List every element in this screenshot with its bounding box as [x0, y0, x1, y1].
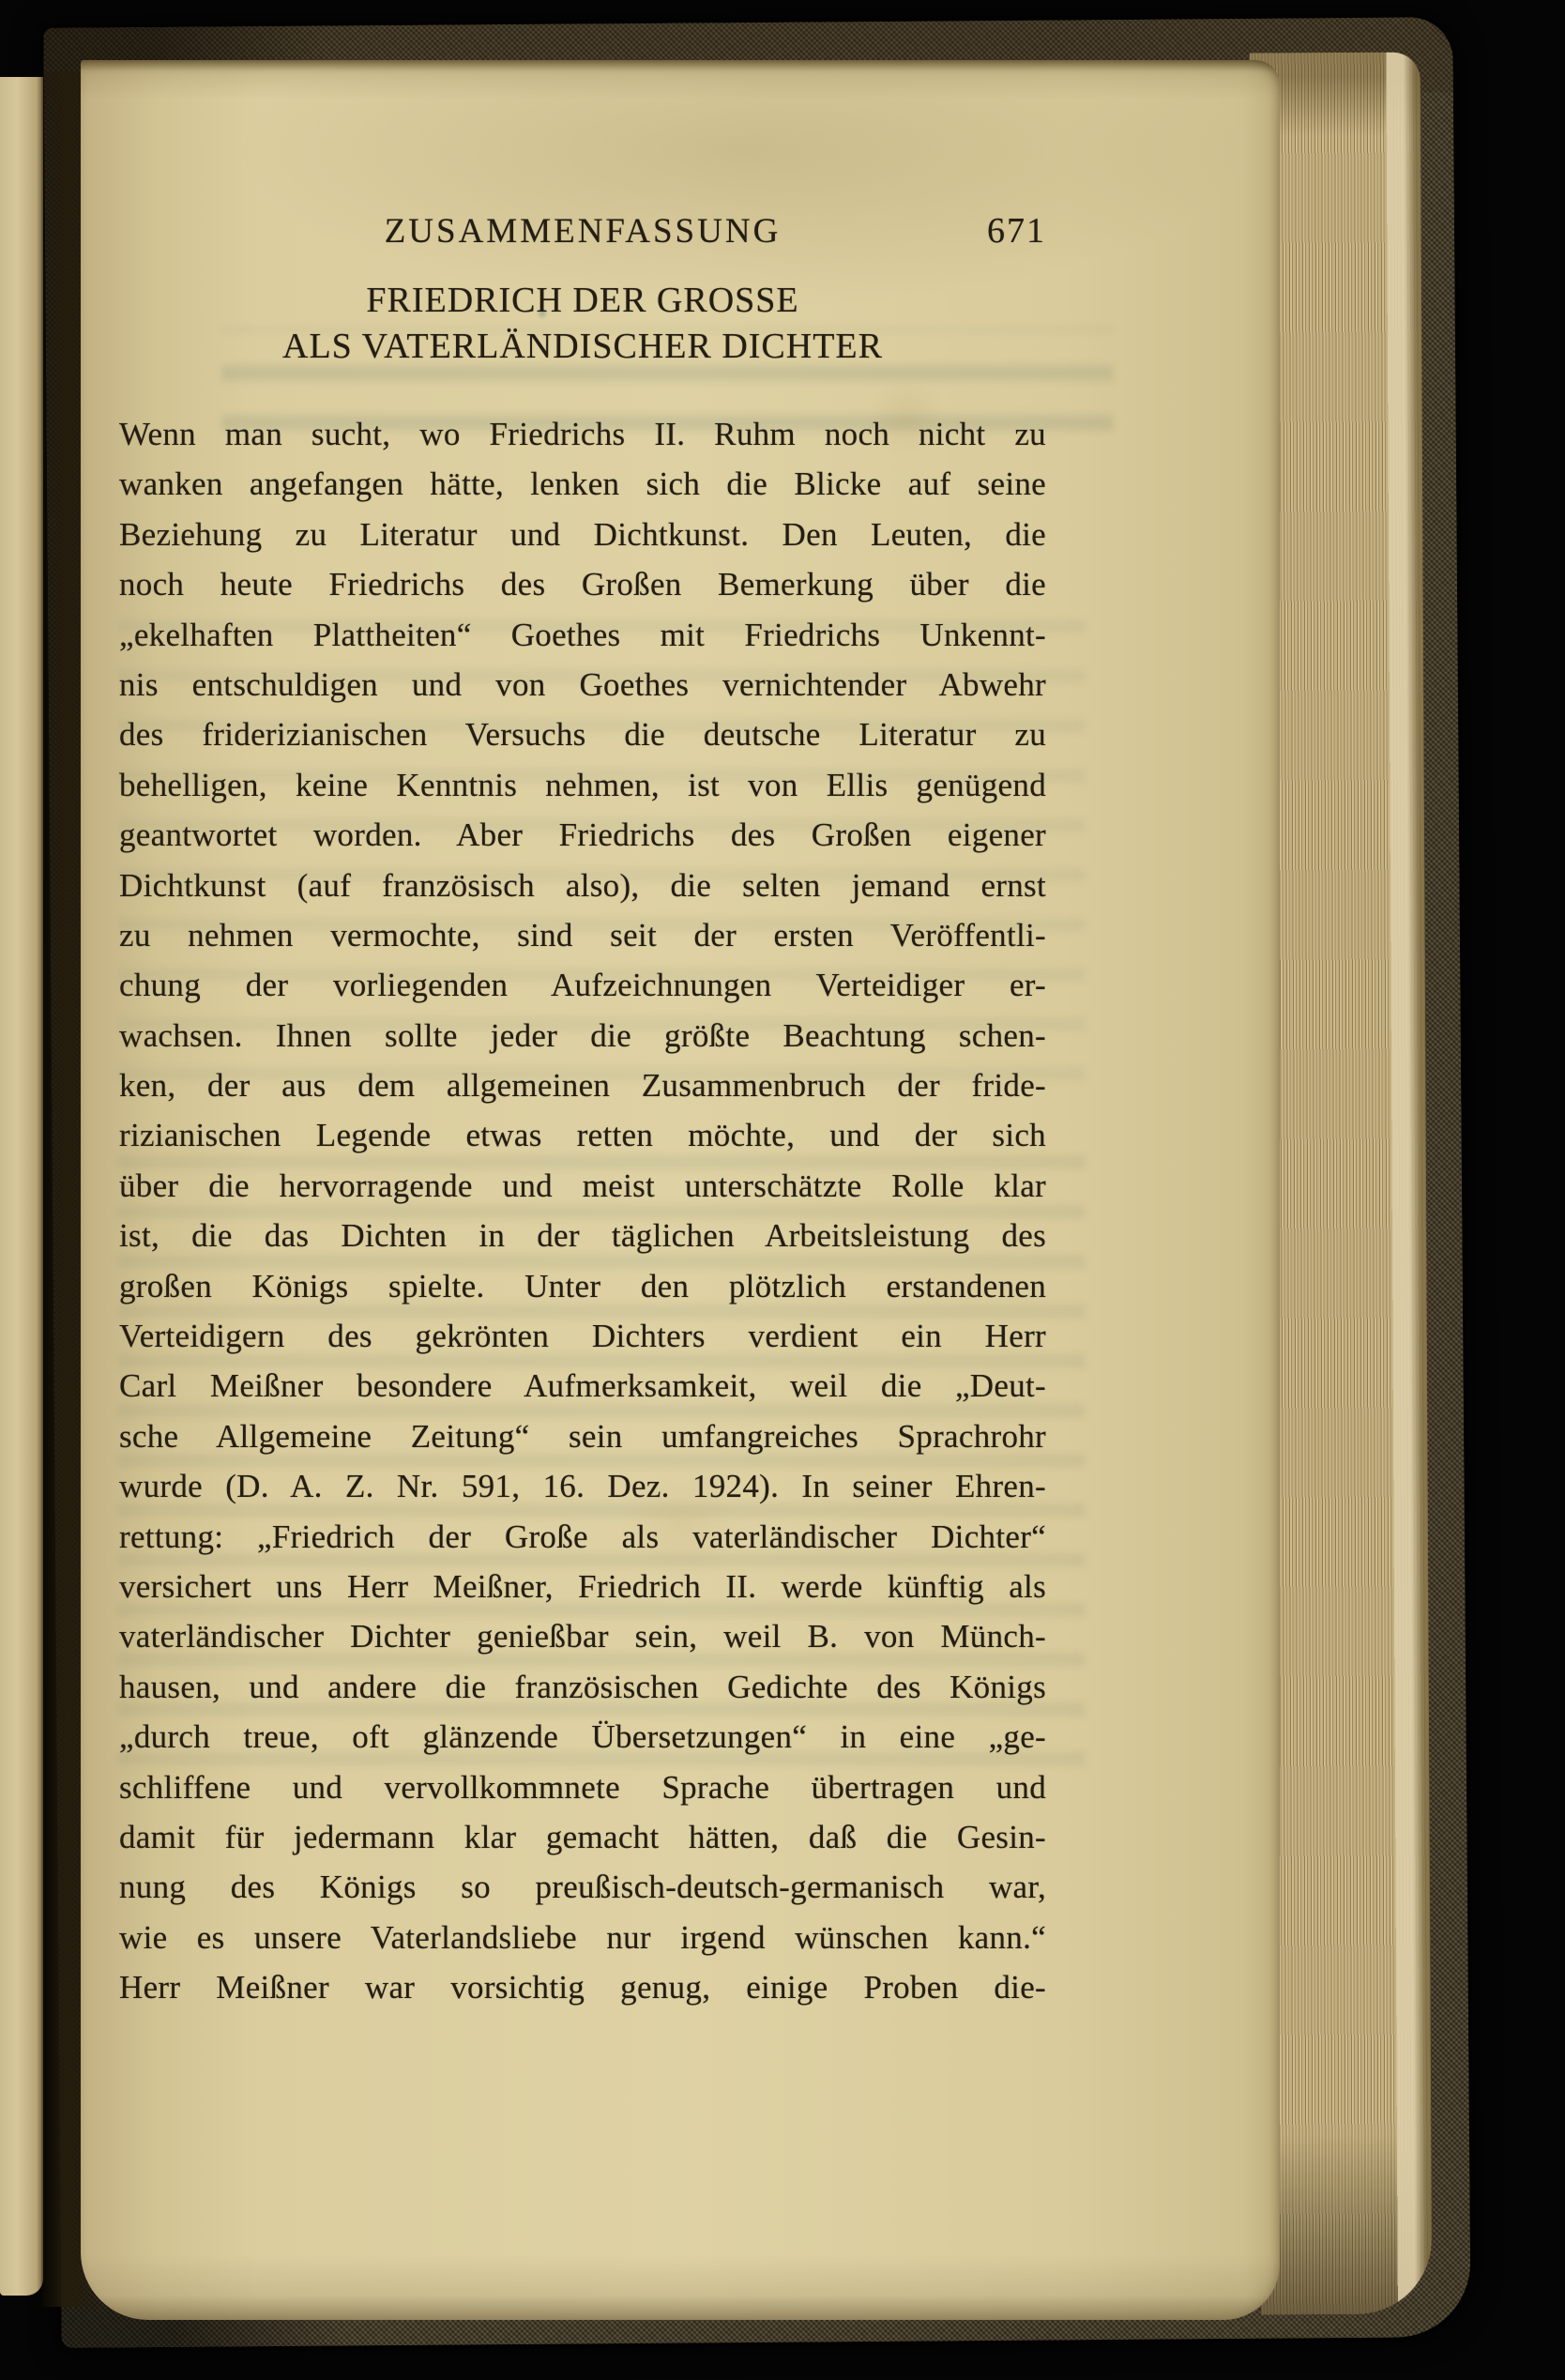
body-line: Beziehung zu Literatur und Dichtkunst. D…	[119, 510, 1046, 559]
body-line: damit für jedermann klar gemacht hätten,…	[119, 1812, 1046, 1862]
body-line: ken, der aus dem allgemeinen Zusammenbru…	[119, 1060, 1046, 1110]
chapter-title-line-1: FRIEDRICH DER GROSSE	[119, 277, 1046, 324]
body-line: rettung: „Friedrich der Große als vaterl…	[119, 1512, 1046, 1562]
body-line: versichert uns Herr Meißner, Friedrich I…	[119, 1562, 1046, 1611]
body-line: Herr Meißner war vorsichtig genug, einig…	[119, 1962, 1046, 2012]
facing-page-sliver	[0, 77, 43, 2296]
body-text: Wenn man sucht, wo Friedrichs II. Ruhm n…	[119, 409, 1046, 2013]
body-line: des friderizianischen Versuchs die deuts…	[119, 709, 1046, 759]
body-line: wanken angefangen hätte, lenken sich die…	[119, 459, 1046, 509]
body-line: wachsen. Ihnen sollte jeder die größte B…	[119, 1011, 1046, 1060]
body-line: Wenn man sucht, wo Friedrichs II. Ruhm n…	[119, 409, 1046, 459]
body-line: großen Königs spielte. Unter den plötzli…	[119, 1261, 1046, 1311]
body-line: hausen, und andere die französischen Ged…	[119, 1662, 1046, 1712]
body-line: zu nehmen vermochte, sind seit der erste…	[119, 910, 1046, 960]
body-line: behelligen, keine Kenntnis nehmen, ist v…	[119, 760, 1046, 810]
scanned-book-photo: ZUSAMMENFASSUNG 671 FRIEDRICH DER GROSSE…	[0, 0, 1565, 2380]
body-line: wie es unsere Vaterlandsliebe nur irgend…	[119, 1913, 1046, 1962]
body-line: schliffene und vervollkommnete Sprache ü…	[119, 1762, 1046, 1812]
chapter-title-line-2: ALS VATERLÄNDISCHER DICHTER	[119, 323, 1046, 370]
body-line: wurde (D. A. Z. Nr. 591, 16. Dez. 1924).…	[119, 1461, 1046, 1511]
body-line: rizianischen Legende etwas retten möchte…	[119, 1110, 1046, 1160]
body-line: Dichtkunst (auf französisch also), die s…	[119, 861, 1046, 910]
body-line: ist, die das Dichten in der täglichen Ar…	[119, 1211, 1046, 1260]
body-line: nis entschuldigen und von Goethes vernic…	[119, 660, 1046, 709]
body-line: sche Allgemeine Zeitung“ sein umfangreic…	[119, 1411, 1046, 1461]
body-line: noch heute Friedrichs des Großen Bemerku…	[119, 559, 1046, 609]
body-line: nung des Königs so preußisch-deutsch-ger…	[119, 1862, 1046, 1912]
body-line: „durch treue, oft glänzende Übersetzunge…	[119, 1712, 1046, 1762]
body-line: chung der vorliegenden Aufzeichnungen Ve…	[119, 960, 1046, 1010]
body-line: Verteidigern des gekrönten Dichters verd…	[119, 1311, 1046, 1361]
page-number: 671	[119, 206, 1046, 256]
body-line: über die hervorragende und meist untersc…	[119, 1161, 1046, 1211]
body-line: vaterländischer Dichter genießbar sein, …	[119, 1611, 1046, 1661]
body-line: „ekelhaften Plattheiten“ Goethes mit Fri…	[119, 610, 1046, 660]
body-line: Carl Meißner besondere Aufmerksamkeit, w…	[119, 1361, 1046, 1411]
body-line: geantwortet worden. Aber Friedrichs des …	[119, 810, 1046, 860]
